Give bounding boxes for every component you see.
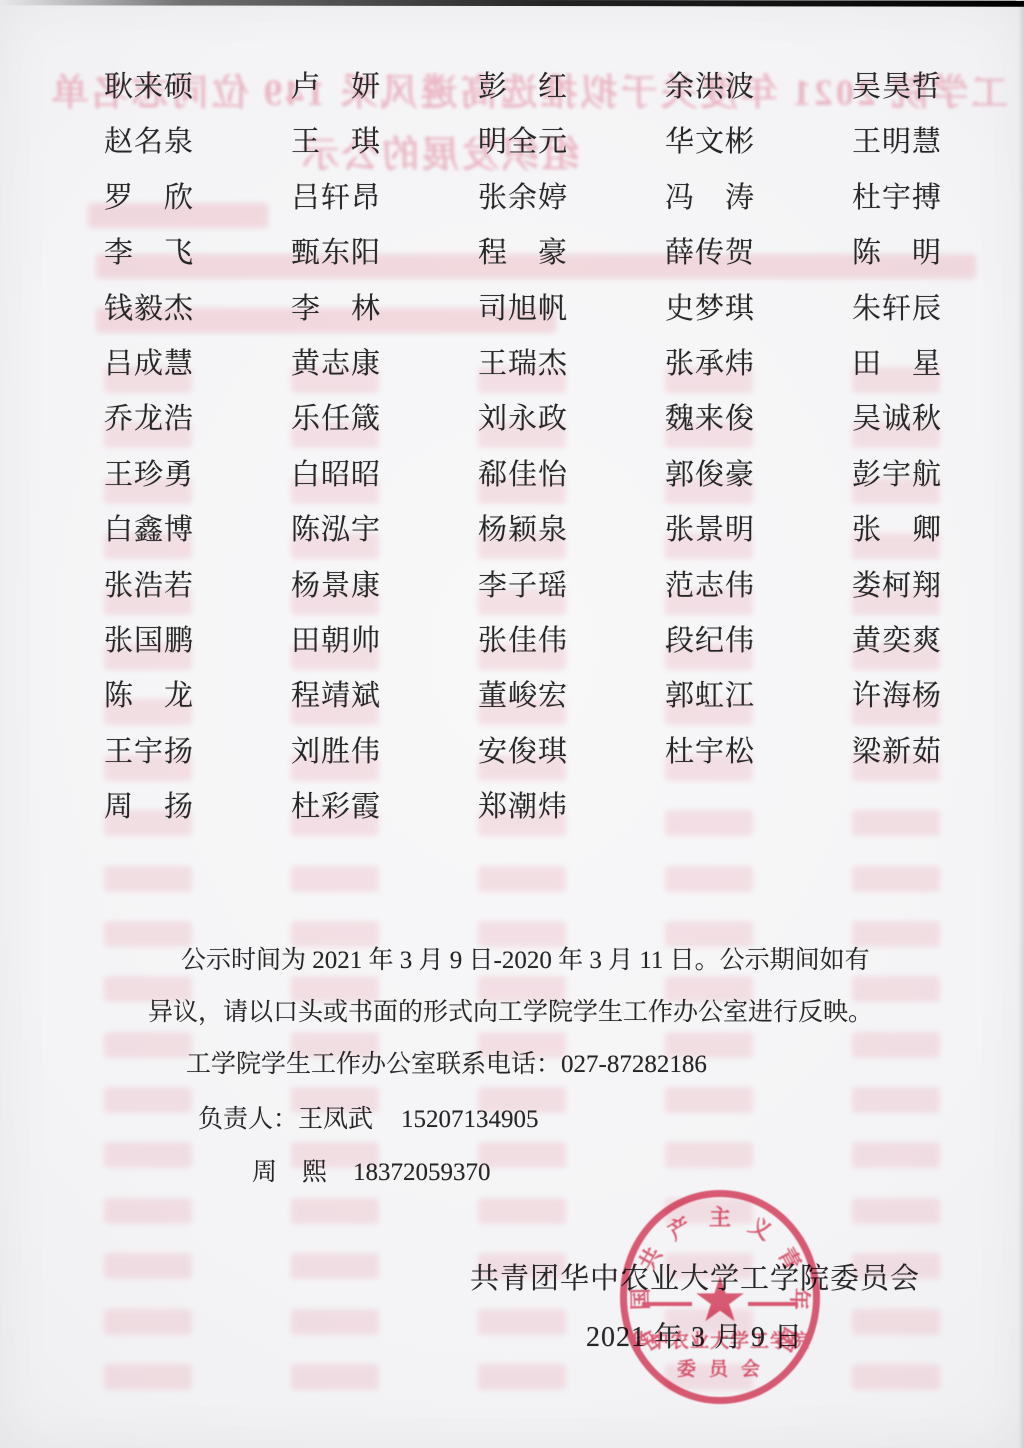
name-cell: 范志伟 bbox=[665, 559, 852, 614]
name-cell: 耿来硕 bbox=[104, 60, 291, 115]
name-cell: 张佳伟 bbox=[478, 614, 665, 669]
name-cell: 华文彬 bbox=[665, 115, 852, 170]
name-cell: 张 卿 bbox=[852, 503, 956, 558]
signature-date: 2021 年 3 月 9 日 bbox=[586, 1315, 803, 1355]
name-cell: 卢 妍 bbox=[291, 60, 478, 115]
name-cell: 白鑫博 bbox=[104, 503, 291, 558]
name-cell: 彭宇航 bbox=[852, 448, 956, 503]
name-cell: 李子瑶 bbox=[478, 559, 665, 614]
name-cell: 刘胜伟 bbox=[291, 725, 478, 780]
name-cell: 白昭昭 bbox=[291, 448, 478, 503]
name-cell: 张浩若 bbox=[104, 559, 291, 614]
name-cell: 朱轩辰 bbox=[852, 282, 956, 337]
name-cell: 杨景康 bbox=[291, 559, 478, 614]
name-cell: 余洪波 bbox=[665, 60, 852, 115]
name-cell bbox=[852, 780, 956, 835]
second-phone: 18372059370 bbox=[353, 1159, 491, 1186]
name-cell: 王 琪 bbox=[291, 115, 478, 170]
name-cell: 张景明 bbox=[665, 503, 852, 558]
name-cell: 陈 明 bbox=[852, 226, 956, 281]
name-cell: 吴诚秋 bbox=[852, 392, 956, 447]
office-phone: 027-87282186 bbox=[561, 1051, 707, 1078]
name-cell: 陈泓宇 bbox=[291, 503, 478, 558]
office-contact-line: 工学院学生工作办公室联系电话：027-87282186 bbox=[186, 1044, 707, 1080]
name-cell: 程 豪 bbox=[478, 226, 665, 281]
name-cell: 周 扬 bbox=[104, 780, 291, 835]
lead-label: 负责人： bbox=[198, 1106, 298, 1133]
notice-line-1: 公示时间为 2021 年 3 月 9 日-2020 年 3 月 11 日。公示期… bbox=[181, 940, 870, 976]
name-cell: 钱毅杰 bbox=[104, 282, 291, 337]
name-cell: 罗 欣 bbox=[104, 171, 291, 226]
name-cell: 乐任箴 bbox=[291, 392, 478, 447]
name-cell: 陈 龙 bbox=[104, 669, 291, 724]
name-cell: 田 星 bbox=[852, 337, 956, 392]
name-cell: 彭 红 bbox=[478, 60, 665, 115]
name-cell: 吕轩昂 bbox=[291, 171, 478, 226]
name-cell: 杜宇搏 bbox=[852, 171, 956, 226]
name-cell: 张承炜 bbox=[665, 337, 852, 392]
name-cell: 黄奕爽 bbox=[852, 614, 956, 669]
name-cell: 梁新茹 bbox=[852, 725, 956, 780]
name-cell: 董峻宏 bbox=[478, 669, 665, 724]
office-contact-label: 工学院学生工作办公室联系电话： bbox=[186, 1051, 561, 1078]
name-cell: 张国鹏 bbox=[104, 614, 291, 669]
name-cell: 张余婷 bbox=[478, 171, 665, 226]
name-cell: 李 林 bbox=[291, 282, 478, 337]
name-cell: 吕成慧 bbox=[104, 337, 291, 392]
name-cell: 王瑞杰 bbox=[478, 337, 665, 392]
name-cell: 王宇扬 bbox=[104, 725, 291, 780]
name-cell: 司旭帆 bbox=[478, 282, 665, 337]
name-cell: 程靖斌 bbox=[291, 669, 478, 724]
lead-name: 王凤武 bbox=[298, 1106, 373, 1133]
name-cell: 杨颖泉 bbox=[478, 503, 665, 558]
notice-line-2: 异议，请以口头或书面的形式向工学院学生工作办公室进行反映。 bbox=[148, 992, 873, 1028]
name-cell: 乔龙浩 bbox=[104, 392, 291, 447]
name-cell: 甄东阳 bbox=[291, 226, 478, 281]
name-cell bbox=[665, 780, 852, 835]
name-cell: 许海杨 bbox=[852, 669, 956, 724]
second-name: 周 熙 bbox=[252, 1159, 327, 1186]
name-cell: 李 飞 bbox=[104, 226, 291, 281]
name-cell: 薛传贺 bbox=[665, 226, 852, 281]
name-cell: 史梦琪 bbox=[665, 282, 852, 337]
scanned-page: 工学院 2021 年度关于拟推选高遴风采 149 位同志名单 组织发展的公示 耿… bbox=[0, 0, 1024, 1448]
name-cell: 郑潮炜 bbox=[478, 780, 665, 835]
name-cell: 吴昊哲 bbox=[852, 60, 956, 115]
name-cell: 王明慧 bbox=[852, 115, 956, 170]
lead-phone: 15207134905 bbox=[401, 1106, 539, 1133]
name-cell: 郭俊豪 bbox=[665, 448, 852, 503]
committee-signature: 共青团华中农业大学工学院委员会 bbox=[470, 1256, 920, 1297]
name-cell: 赵名泉 bbox=[104, 115, 291, 170]
name-cell: 王珍勇 bbox=[104, 448, 291, 503]
second-contact-line: 周 熙18372059370 bbox=[252, 1152, 491, 1188]
lead-contact-line: 负责人：王凤武15207134905 bbox=[198, 1099, 539, 1135]
name-cell: 黄志康 bbox=[291, 337, 478, 392]
name-cell: 刘永政 bbox=[478, 392, 665, 447]
name-cell: 段纪伟 bbox=[665, 614, 852, 669]
name-cell: 杜彩霞 bbox=[291, 780, 478, 835]
name-cell: 郗佳怡 bbox=[478, 448, 665, 503]
name-cell: 安俊琪 bbox=[478, 725, 665, 780]
name-cell: 杜宇松 bbox=[665, 725, 852, 780]
name-cell: 郭虹江 bbox=[665, 669, 852, 724]
names-grid: 耿来硕卢 妍彭 红余洪波吴昊哲赵名泉王 琪明全元华文彬王明慧罗 欣吕轩昂张余婷冯… bbox=[104, 60, 956, 835]
name-cell: 田朝帅 bbox=[291, 614, 478, 669]
name-cell: 冯 涛 bbox=[665, 171, 852, 226]
name-cell: 魏来俊 bbox=[665, 392, 852, 447]
name-cell: 娄柯翔 bbox=[852, 559, 956, 614]
name-cell: 明全元 bbox=[478, 115, 665, 170]
front-content: 耿来硕卢 妍彭 红余洪波吴昊哲赵名泉王 琪明全元华文彬王明慧罗 欣吕轩昂张余婷冯… bbox=[0, 0, 1024, 1448]
